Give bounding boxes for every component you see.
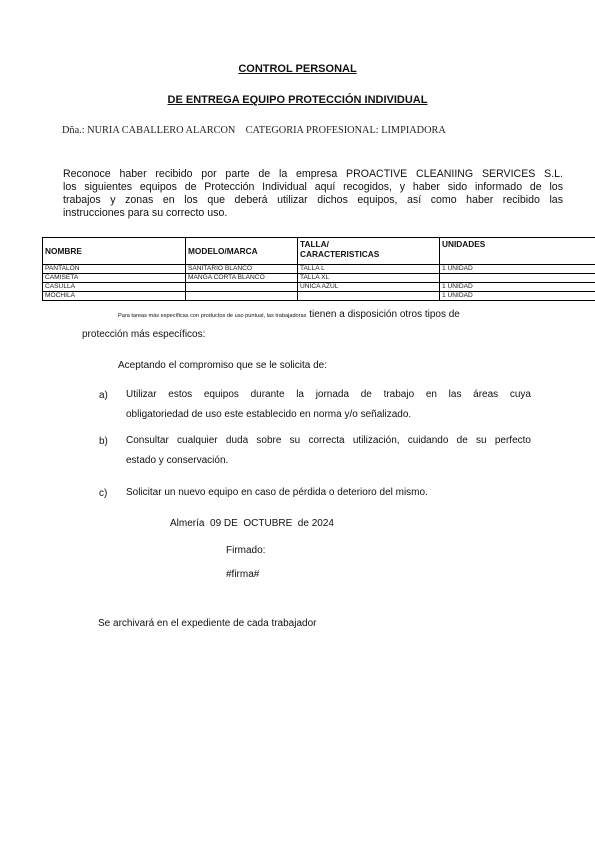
cell-nombre: CASULLA	[43, 283, 186, 292]
intro-line: instrucciones para su correcto uso.	[63, 207, 563, 220]
cell-modelo: SANITARIO BLANCO	[186, 265, 298, 274]
cell-nombre: PANTALON	[43, 265, 186, 274]
item-text-c: Solicitar un nuevo equipo en caso de pér…	[126, 483, 531, 503]
header-talla-caracteristicas: TALLA/ CARACTERISTICAS	[298, 238, 440, 265]
signed-label: Firmado:	[226, 545, 265, 556]
note-line-2: protección más específicos:	[82, 329, 205, 340]
header-modelo-marca: MODELO/MARCA	[186, 238, 298, 265]
cell-talla: UNICA AZUL	[298, 283, 440, 292]
header-nombre: NOMBRE	[43, 238, 186, 265]
cell-unidades: 1 UNIDAD	[440, 265, 595, 274]
place-date: Almería 09 DE OCTUBRE de 2024	[170, 518, 334, 529]
item-letter-a: a)	[99, 390, 108, 401]
table-row: PANTALON SANITARIO BLANCO TALLA L 1 UNID…	[43, 265, 595, 274]
item-c-line1: Solicitar un nuevo equipo en caso de pér…	[126, 483, 531, 503]
intro-line: los siguientes equipos de Protección Ind…	[63, 181, 563, 194]
note-small-text: Para tareas más específicas con producto…	[118, 313, 306, 319]
item-letter-b: b)	[99, 436, 108, 447]
cell-modelo: MANGA CORTA BLANCO	[186, 274, 298, 283]
note-specific-tasks: Para tareas más específicas con producto…	[118, 309, 568, 320]
table-header-row: NOMBRE MODELO/MARCA TALLA/ CARACTERISTIC…	[43, 238, 595, 265]
cell-unidades	[440, 274, 595, 283]
ppe-table: NOMBRE MODELO/MARCA TALLA/ CARACTERISTIC…	[42, 237, 595, 301]
accept-commitment: Aceptando el compromiso que se le solici…	[118, 360, 327, 371]
header-talla-line1: TALLA/	[300, 239, 437, 249]
item-a-line2: obligatoriedad de uso este establecido e…	[126, 405, 531, 425]
item-b-line2: estado y conservación.	[126, 451, 531, 471]
employee-line: Dña.: NURIA CABALLERO ALARCON CATEGORIA …	[62, 125, 446, 136]
cell-talla: TALLA L	[298, 265, 440, 274]
intro-line: trabajos y zonas en los que deberá utili…	[63, 194, 563, 207]
cell-unidades: 1 UNIDAD	[440, 292, 595, 301]
cell-modelo	[186, 283, 298, 292]
intro-paragraph: Reconoce haber recibido por parte de la …	[63, 168, 563, 220]
item-a-line1: Utilizar estos equipos durante la jornad…	[126, 385, 531, 405]
note-large-text: tienen a disposición otros tipos de	[306, 309, 459, 320]
archive-note: Se archivará en el expediente de cada tr…	[98, 618, 316, 629]
signature-field[interactable]: #firma#	[226, 569, 259, 580]
item-b-line1: Consultar cualquier duda sobre su correc…	[126, 431, 531, 451]
document-title: CONTROL PERSONAL	[0, 63, 595, 75]
header-talla-line2: CARACTERISTICAS	[300, 249, 437, 259]
cell-nombre: MOCHILA	[43, 292, 186, 301]
cell-nombre: CAMISETA	[43, 274, 186, 283]
table-row: CASULLA UNICA AZUL 1 UNIDAD	[43, 283, 595, 292]
document-subtitle: DE ENTREGA EQUIPO PROTECCIÓN INDIVIDUAL	[0, 94, 595, 106]
item-letter-c: c)	[99, 488, 107, 499]
cell-modelo	[186, 292, 298, 301]
table-row: CAMISETA MANGA CORTA BLANCO TALLA XL	[43, 274, 595, 283]
item-text-a: Utilizar estos equipos durante la jornad…	[126, 385, 531, 425]
cell-talla: TALLA XL	[298, 274, 440, 283]
intro-line: Reconoce haber recibido por parte de la …	[63, 168, 563, 181]
item-text-b: Consultar cualquier duda sobre su correc…	[126, 431, 531, 471]
cell-unidades: 1 UNIDAD	[440, 283, 595, 292]
header-unidades: UNIDADES	[440, 238, 595, 265]
cell-talla	[298, 292, 440, 301]
table-row: MOCHILA 1 UNIDAD	[43, 292, 595, 301]
